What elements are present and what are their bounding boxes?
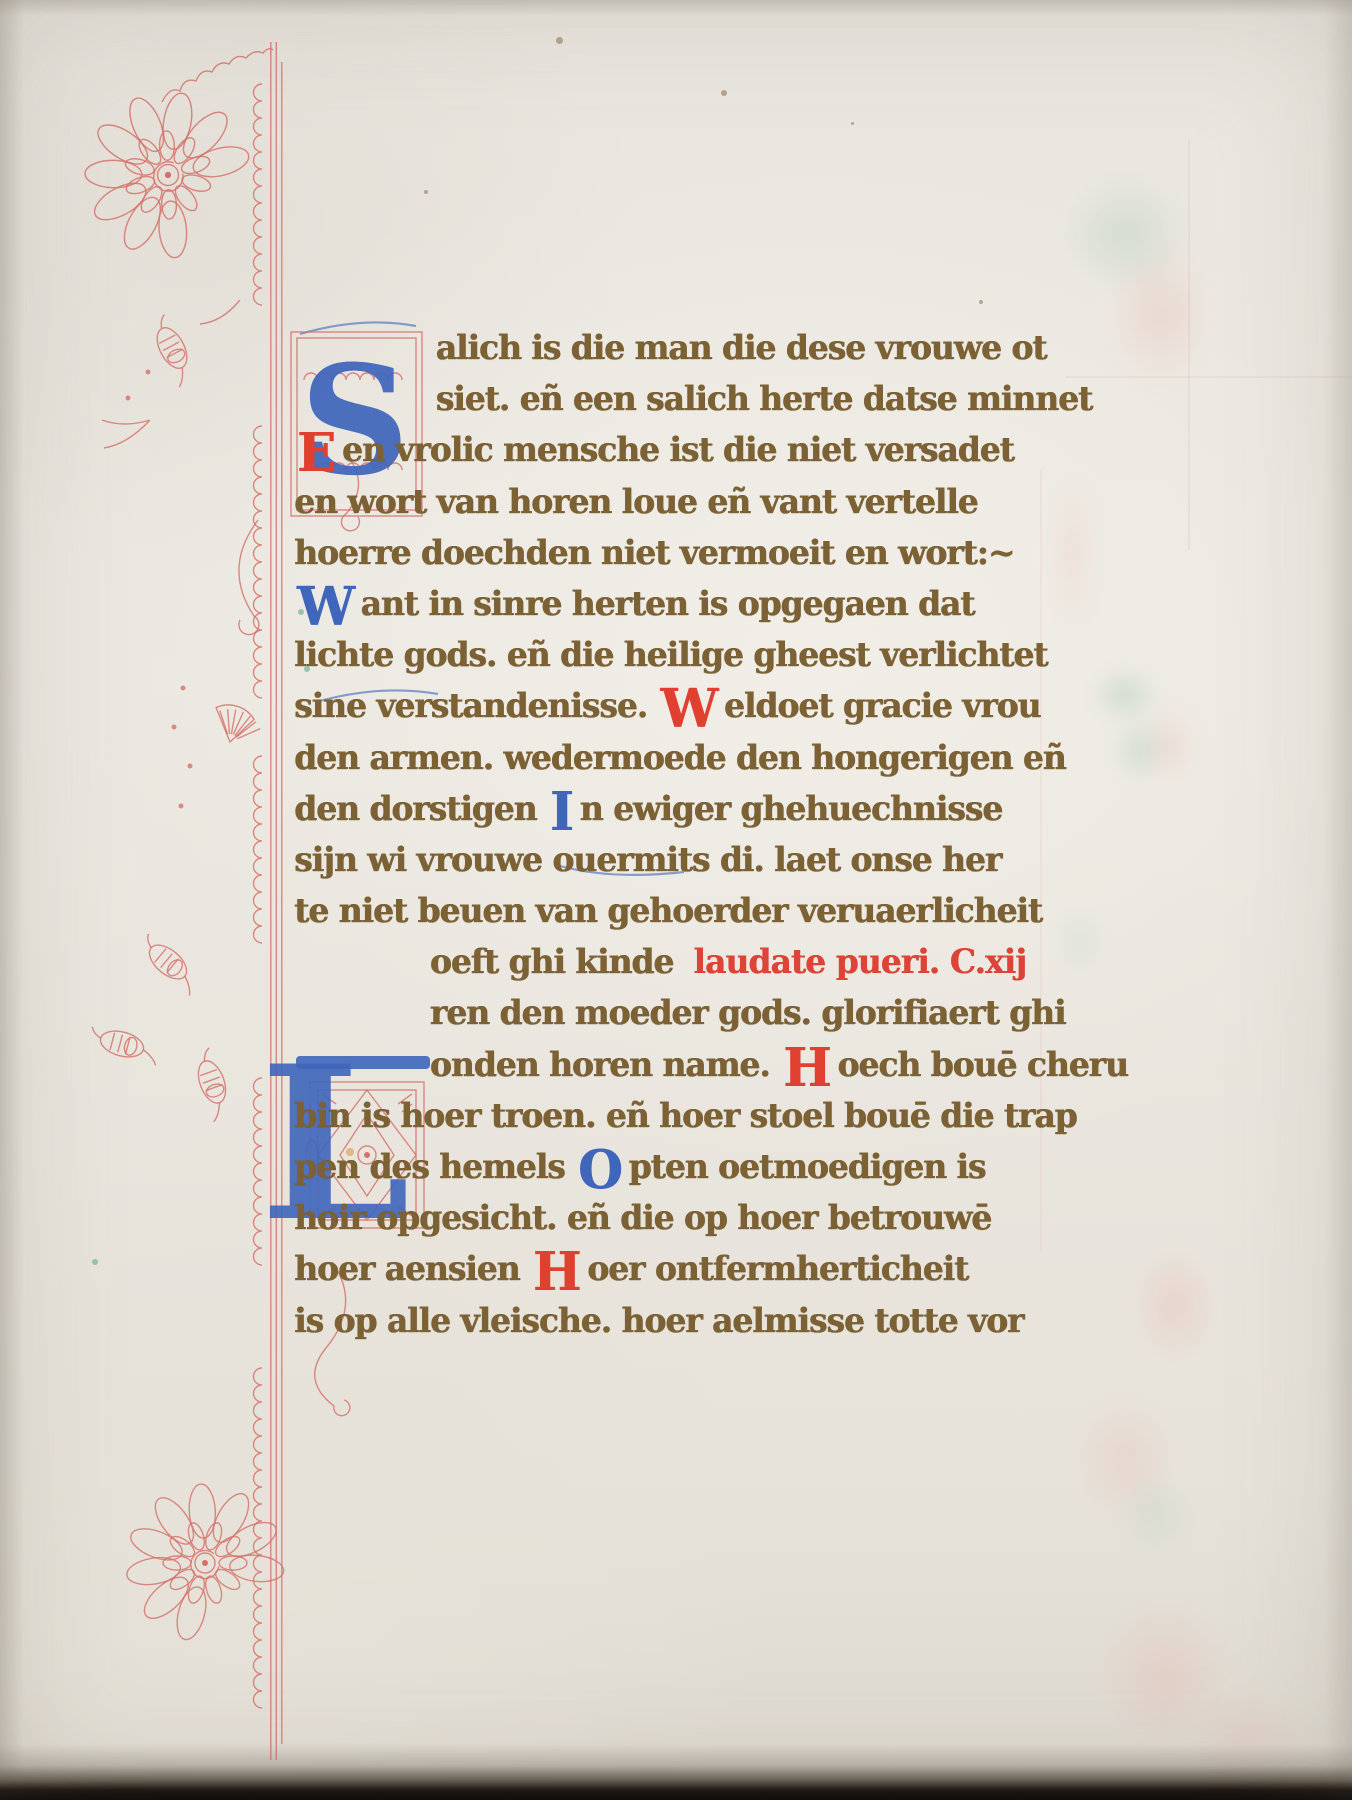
text-segment: pen des hemels (294, 1147, 575, 1187)
penwork-flower-rosette (117, 1475, 292, 1651)
decorated-initial: H (533, 1241, 582, 1303)
foxing-speck (979, 300, 983, 304)
manuscript-line: en wort van horen loue eñ vant vertelle (294, 477, 1054, 528)
penwork-scallop-chain (254, 756, 263, 943)
text-segment: oeft ghi kinde (430, 942, 684, 982)
text-segment: is op alle vleische. hoer aelmisse totte… (294, 1301, 1023, 1341)
penwork-leaf-bulb (87, 1024, 162, 1066)
text-segment: hoer aensien (294, 1249, 530, 1289)
manuscript-line: pen des hemels Opten oetmoedigen is (294, 1142, 1054, 1193)
text-segment: onden horen name. (430, 1045, 780, 1085)
manuscript-line: hoer aensien Hoer ontfermherticheit (294, 1244, 1054, 1295)
foxing-speck (721, 90, 727, 96)
decorated-initial: W (297, 576, 355, 638)
text-segment: en wort van horen loue eñ vant vertelle (294, 482, 978, 522)
manuscript-page-photo: S L alich is die man die dese vrouwe ots… (0, 0, 1352, 1800)
manuscript-line: lichte gods. eñ die heilige gheest verli… (294, 630, 1054, 681)
text-segment: hoir opgesicht. eñ die op hoer betrouwē (294, 1198, 991, 1238)
decorated-initial: E (297, 422, 336, 484)
manuscript-line: Want in sinre herten is opgegaen dat (294, 579, 1054, 630)
penwork-leaf-bulb (189, 1047, 236, 1122)
rubric-segment: laudate pueri. C.xij (693, 942, 1026, 982)
manuscript-line: sine verstandenisse. Weldoet gracie vrou (294, 681, 1054, 732)
manuscript-line: alich is die man die dese vrouwe ot (294, 323, 1054, 374)
manuscript-line: Een vrolic mensche ist die niet versadet (294, 425, 1054, 476)
text-segment: pten oetmoedigen is (629, 1147, 986, 1187)
text-segment: ant in sinre herten is opgegaen dat (360, 584, 974, 624)
penwork-dot (181, 686, 186, 691)
foxing-speck (556, 37, 563, 44)
penwork-scallop-chain (254, 1368, 263, 1708)
text-segment: den armen. wedermoede den hongerigen eñ (294, 738, 1066, 778)
manuscript-line: onden horen name. Hoech bouē cheru (294, 1040, 1054, 1091)
text-segment: en vrolic mensche ist die niet versadet (342, 430, 1014, 470)
manuscript-line: bin is hoer troen. eñ hoer stoel bouē di… (294, 1091, 1054, 1142)
text-segment: bin is hoer troen. eñ hoer stoel bouē di… (294, 1096, 1077, 1136)
text-segment: sine verstandenisse. (294, 686, 657, 726)
foxing-speck (424, 190, 428, 194)
penwork-dot (188, 764, 193, 769)
penwork-dot (146, 370, 151, 375)
manuscript-line: den armen. wedermoede den hongerigen eñ (294, 733, 1054, 784)
manuscript-line: siet. eñ een salich herte datse minnet (294, 374, 1054, 425)
text-segment: sijn wi vrouwe ouermits di. laet onse he… (294, 840, 1001, 880)
text-block: alich is die man die dese vrouwe otsiet.… (294, 323, 1078, 1347)
text-segment: eldoet gracie vrou (724, 686, 1040, 726)
manuscript-line: hoerre doechden niet vermoeit en wort:~ (294, 528, 1054, 579)
text-segment: lichte gods. eñ die heilige gheest verli… (294, 635, 1047, 675)
penwork-dot (179, 804, 184, 809)
decorated-initial: W (660, 678, 718, 740)
penwork-scallop-chain (254, 426, 263, 698)
text-segment: hoerre doechden niet vermoeit en wort:~ (294, 533, 1014, 573)
penwork-leaf-bulb (146, 313, 201, 387)
penwork-fan-leaf (216, 701, 262, 744)
green-accent-dot (92, 1259, 98, 1265)
penwork-tendril (200, 300, 240, 324)
penwork-leaf-bulb (135, 932, 205, 996)
text-segment: oech bouē cheru (837, 1045, 1127, 1085)
manuscript-line: is op alle vleische. hoer aelmisse totte… (294, 1296, 1054, 1347)
text-segment: alich is die man die dese vrouwe ot (436, 328, 1047, 368)
penwork-scallop-chain (254, 84, 263, 305)
manuscript-line: ren den moeder gods. glorifiaert ghi (294, 988, 1054, 1039)
text-segment: oer ontfermherticheit (587, 1249, 968, 1289)
manuscript-line: sijn wi vrouwe ouermits di. laet onse he… (294, 835, 1054, 886)
text-segment: n ewiger ghehuechnisse (580, 789, 1002, 829)
text-segment: siet. eñ een salich herte datse minnet (436, 379, 1092, 419)
penwork-dot (126, 396, 131, 401)
decorated-initial: H (783, 1037, 832, 1099)
foxing-speck (851, 122, 854, 125)
manuscript-line: oeft ghi kinde laudate pueri. C.xij (294, 937, 1054, 988)
text-segment: den dorstigen (294, 789, 547, 829)
manuscript-line: hoir opgesicht. eñ die op hoer betrouwē (294, 1193, 1054, 1244)
penwork-tendril (102, 420, 150, 448)
manuscript-line: den dorstigen In ewiger ghehuechnisse (294, 784, 1054, 835)
decorated-initial: O (578, 1139, 623, 1201)
penwork-dot (172, 725, 177, 730)
penwork-flower-rosette (66, 73, 268, 276)
text-segment: ren den moeder gods. glorifiaert ghi (430, 993, 1066, 1033)
text-segment: te niet beuen van gehoerder veruaerliche… (294, 891, 1042, 931)
decorated-initial: I (550, 781, 574, 843)
manuscript-line: te niet beuen van gehoerder veruaerliche… (294, 886, 1054, 937)
